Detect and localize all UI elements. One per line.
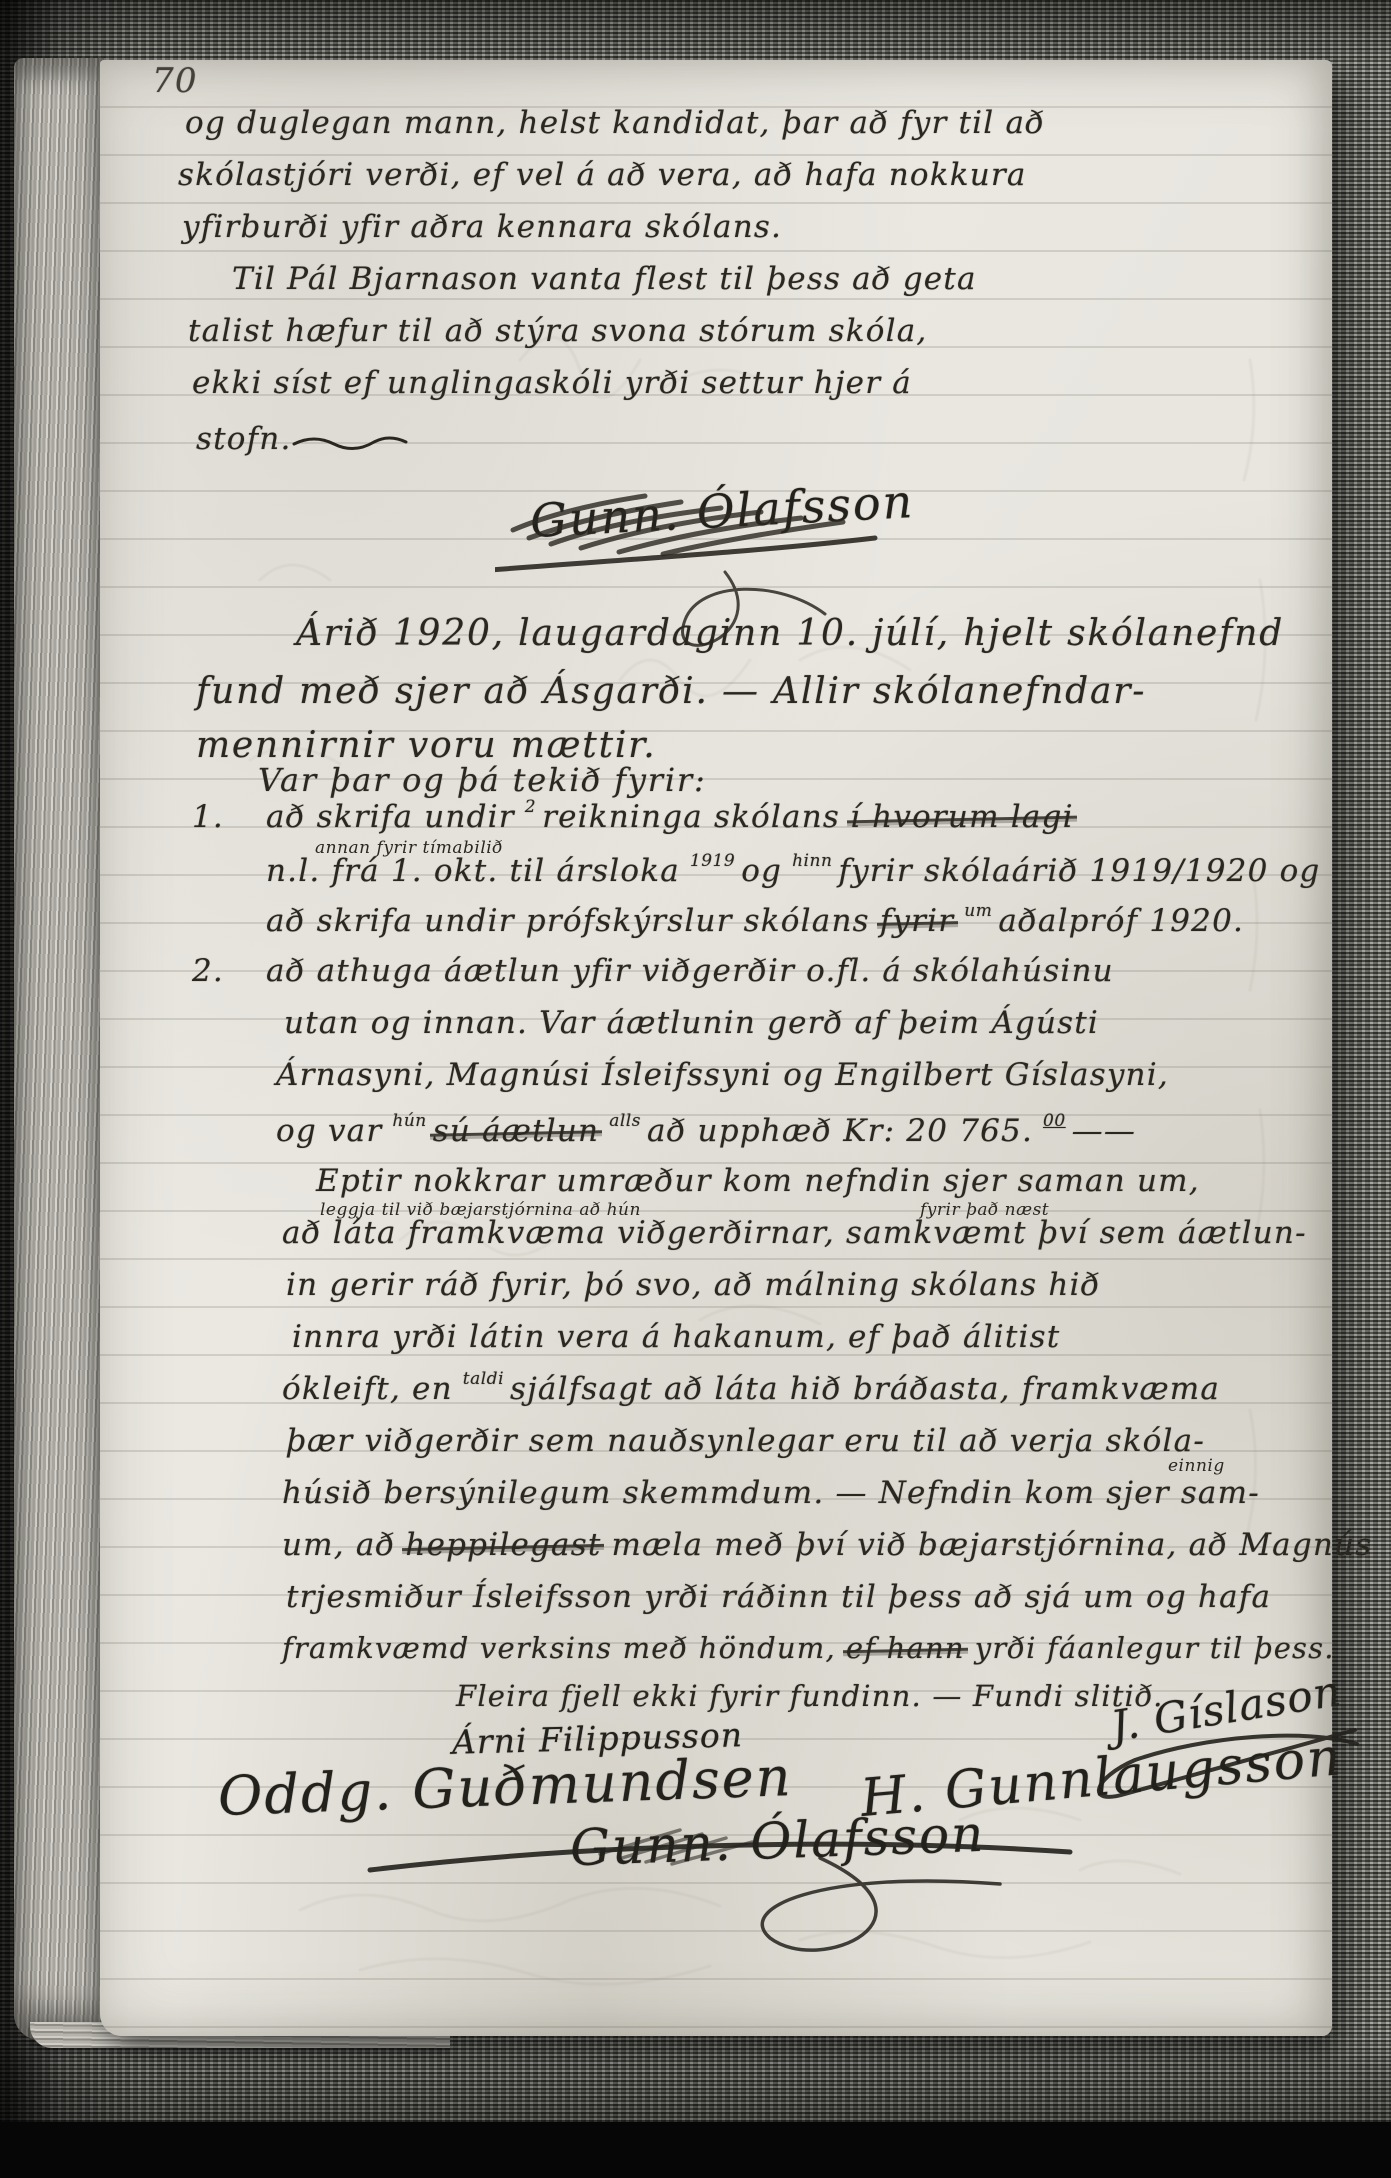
text-segment: yrði fáanlegur til þess. bbox=[975, 1631, 1335, 1665]
interlinear-insertion: einnig bbox=[1168, 1456, 1225, 1476]
manuscript-line: ekki síst ef unglingaskóli yrði settur h… bbox=[192, 368, 912, 399]
manuscript-line: trjesmiður Ísleifsson yrði ráðinn til þe… bbox=[286, 1582, 1271, 1613]
manuscript-line: talist hæfur til að stýra svona stórum s… bbox=[188, 316, 927, 347]
manuscript-page: 70 og duglegan mann, helst kandidat, þar… bbox=[100, 60, 1332, 2036]
manuscript-line: mennirnir voru mættir. bbox=[196, 728, 656, 764]
signature-oddgeir-gudmundsen: Oddg. Guðmundsen bbox=[217, 1750, 793, 1824]
manuscript-line: ókleift, entaldisjálfsagt að láta hið br… bbox=[282, 1374, 1230, 1405]
interlinear-insertion: um bbox=[964, 901, 992, 921]
interlinear-insertion: taldi bbox=[463, 1369, 504, 1389]
manuscript-line: og duglegan mann, helst kandidat, þar að… bbox=[185, 108, 1045, 139]
text-segment: að upphæð Kr: 20 765. bbox=[647, 1113, 1033, 1149]
superscript-year: 1919 bbox=[690, 851, 735, 871]
manuscript-line: framkvæmd verksins með höndum,ef hannyrð… bbox=[282, 1634, 1345, 1663]
text-segment: og bbox=[741, 853, 782, 889]
struck-text: í hvorum lagi bbox=[850, 799, 1074, 835]
manuscript-line: utan og innan. Var áætlunin gerð af þeim… bbox=[284, 1008, 1099, 1039]
page-number: 70 bbox=[152, 64, 198, 98]
flourish-dash: —— bbox=[1072, 1113, 1136, 1149]
text-segment: og var bbox=[276, 1113, 382, 1149]
struck-text: sú áætlun bbox=[433, 1113, 599, 1149]
text-segment: að skrifa undir prófskýrslur skólans bbox=[266, 903, 870, 939]
text-segment: aðalpróf 1920. bbox=[998, 903, 1244, 939]
text-segment: n.l. frá 1. okt. til ársloka bbox=[266, 853, 680, 889]
manuscript-line: húsið bersýnilegum skemmdum. — Nefndin k… bbox=[282, 1478, 1260, 1509]
manuscript-line: stofn. bbox=[196, 424, 292, 455]
caret-insertion: 2 bbox=[525, 797, 536, 817]
manuscript-line: n.l. frá 1. okt. til ársloka1919oghinnfy… bbox=[266, 856, 1330, 887]
signature-crossed-out-top: Gunn. Ólafsson bbox=[529, 478, 915, 544]
manuscript-line: Árið 1920, laugardaginn 10. júlí, hjelt … bbox=[296, 616, 1284, 652]
struck-text: heppilegast bbox=[405, 1527, 601, 1563]
text-segment: reikninga skólans bbox=[542, 799, 840, 835]
signature-crossed-out-bottom: Gunn. Ólafsson bbox=[569, 1809, 986, 1873]
manuscript-line: og varhúnsú áætlunallsað upphæð Kr: 20 7… bbox=[276, 1116, 1146, 1147]
agenda-item-number: 1. bbox=[192, 802, 224, 833]
pen-squiggle bbox=[290, 432, 410, 452]
manuscript-line: yfirburði yfir aðra kennara skólans. bbox=[182, 212, 782, 243]
manuscript-line: Eptir nokkrar umræður kom nefndin sjer s… bbox=[316, 1166, 1200, 1197]
struck-text: fyrir bbox=[880, 903, 955, 939]
manuscript-line: Árnasyni, Magnúsi Ísleifssyni og Engilbe… bbox=[276, 1060, 1169, 1091]
manuscript-line: in gerir ráð fyrir, þó svo, að málning s… bbox=[286, 1270, 1101, 1301]
manuscript-line: að skrifa undir prófskýrslur skólansfyri… bbox=[266, 906, 1254, 937]
manuscript-line: að láta framkvæma viðgerðirnar, samkvæmt… bbox=[282, 1218, 1307, 1249]
manuscript-line: fund með sjer að Ásgarði. — Allir skólan… bbox=[196, 674, 1146, 710]
page-edge-stack-left bbox=[14, 58, 106, 2040]
text-segment: fyrir skólaárið 1919/1920 og bbox=[838, 853, 1320, 889]
text-segment: sjálfsagt að láta hið bráðasta, framkvæm… bbox=[510, 1371, 1220, 1407]
manuscript-line: um, aðheppilegastmæla með því við bæjars… bbox=[282, 1530, 1382, 1561]
manuscript-line: að skrifa undir2reikninga skólansí hvoru… bbox=[266, 802, 1084, 833]
manuscript-line: Var þar og þá tekið fyrir: bbox=[258, 764, 707, 796]
closing-line: Fleira fjell ekki fyrir fundinn. — Fundi… bbox=[456, 1682, 1164, 1711]
manuscript-line: þær viðgerðir sem nauðsynlegar eru til a… bbox=[286, 1426, 1205, 1457]
interlinear-insertion: hinn bbox=[792, 851, 832, 871]
agenda-item-number: 2. bbox=[192, 956, 224, 987]
interlinear-insertion: hún bbox=[392, 1111, 426, 1131]
struck-text: ef hann bbox=[846, 1631, 965, 1665]
manuscript-line: innra yrði látin vera á hakanum, ef það … bbox=[292, 1322, 1060, 1353]
superscript-aurar: 00 bbox=[1043, 1111, 1066, 1131]
text-segment: mæla með því við bæjarstjórnina, að Magn… bbox=[612, 1527, 1373, 1563]
text-segment: ókleift, en bbox=[282, 1371, 453, 1407]
text-segment: um, að bbox=[282, 1527, 395, 1563]
text-segment: framkvæmd verksins með höndum, bbox=[282, 1631, 836, 1665]
interlinear-insertion: alls bbox=[609, 1111, 641, 1131]
manuscript-line: að athuga áætlun yfir viðgerðir o.fl. á … bbox=[266, 956, 1114, 987]
manuscript-line: skólastjóri verði, ef vel á að vera, að … bbox=[178, 160, 1027, 191]
text-segment: að skrifa undir bbox=[266, 799, 515, 835]
manuscript-line: Til Pál Bjarnason vanta flest til þess a… bbox=[232, 264, 977, 295]
scanned-minute-book-photo: 70 og duglegan mann, helst kandidat, þar… bbox=[0, 0, 1391, 2178]
